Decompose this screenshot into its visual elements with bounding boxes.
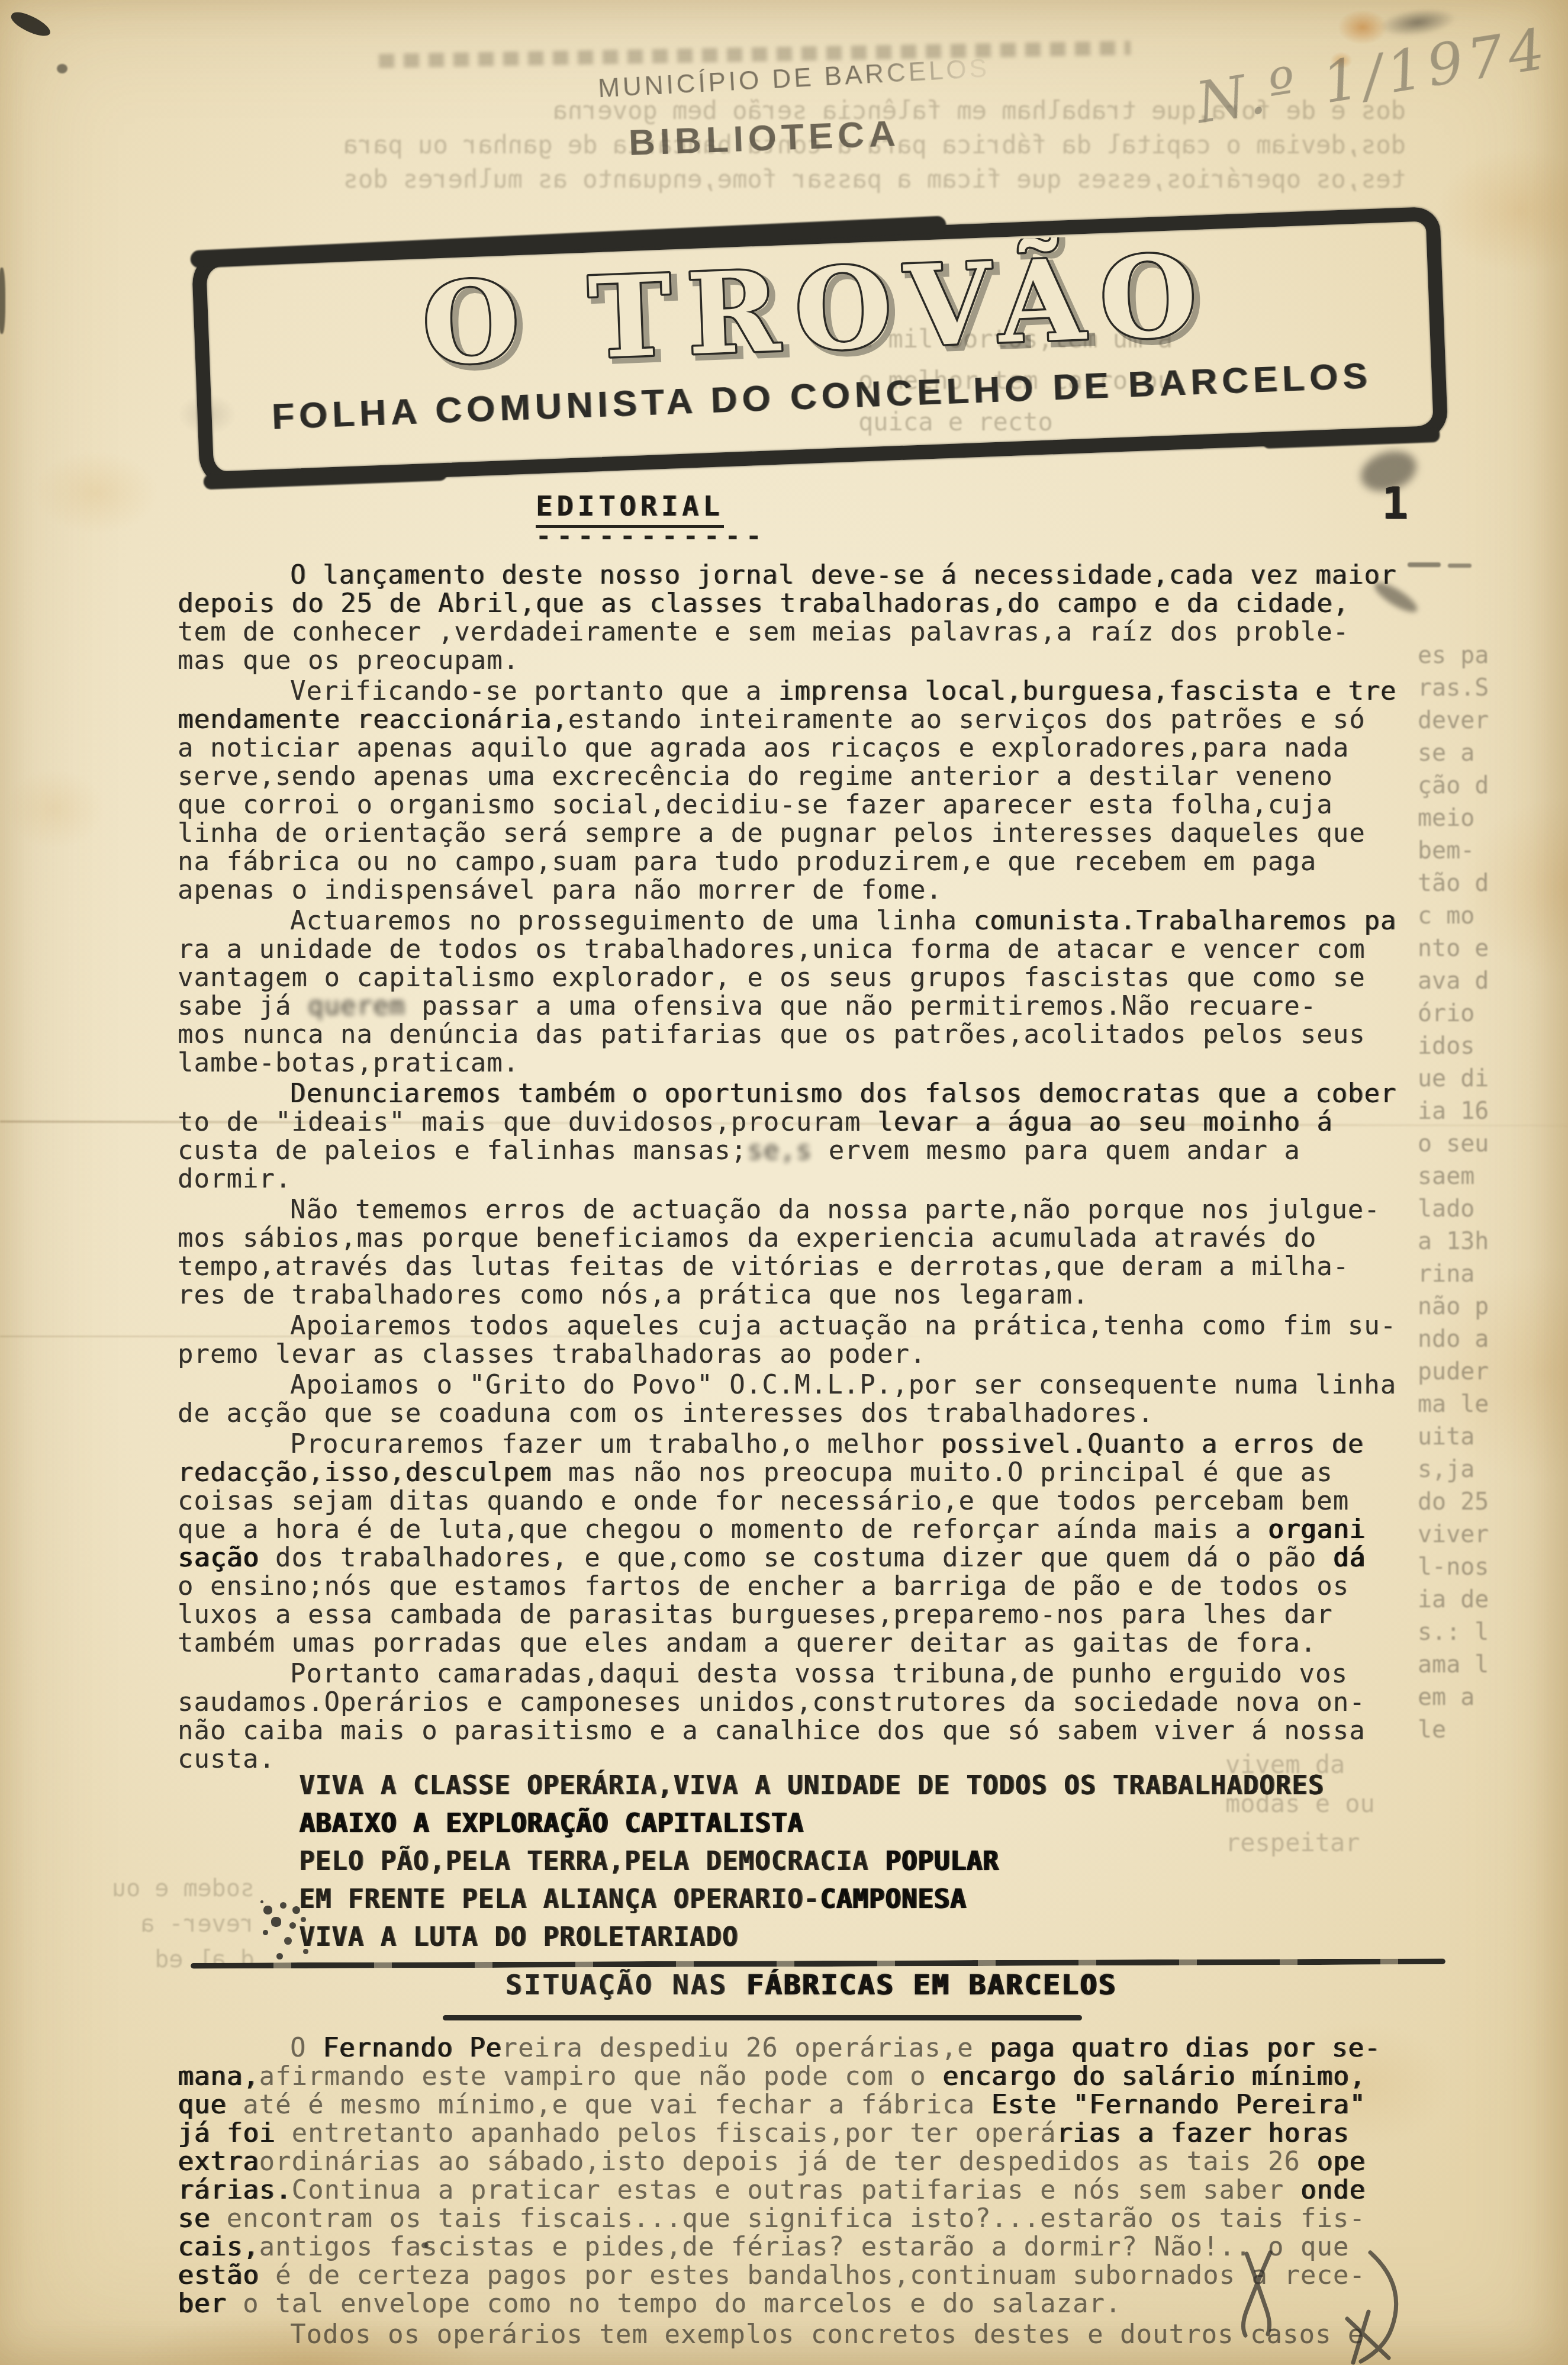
editorial-heading-block: EDITORIAL -----------	[536, 493, 767, 551]
text-segment: ber	[178, 2289, 243, 2319]
text-segment: também umas porradas que eles andam a qu…	[178, 1628, 1316, 1658]
text-segment: custa de paleios e falinhas mansas;	[178, 1135, 747, 1166]
text-segment: luxos a essa cambada de parasitas burgue…	[178, 1600, 1333, 1630]
typewritten-line: tem de conhecer ,verdadeiramente e sem m…	[178, 618, 1444, 646]
typewritten-line: Apoiaremos todos aqueles cuja actuação n…	[178, 1312, 1444, 1340]
typewritten-line: mas que os preocupam.	[178, 646, 1444, 675]
text-segment: coisas sejam ditas quando e onde for nec…	[178, 1486, 1349, 1516]
typewritten-line: tempo,através das lutas feitas de vitóri…	[178, 1253, 1444, 1281]
text-segment: dá	[1333, 1543, 1366, 1573]
typewritten-line: mos sábios,mas porque beneficiamos da ex…	[178, 1224, 1444, 1253]
text-segment: na fábrica ou no campo,suam para tudo pr…	[178, 847, 1316, 877]
typewritten-line: extraordinárias ao sábado,isto depois já…	[178, 2148, 1444, 2176]
paragraph: Apoiamos o "Grito do Povo" O.C.M.L.P.,po…	[178, 1371, 1444, 1428]
text-segment: PELO PÃO,PELA TERRA,PELA DEMOCRACIA	[299, 1846, 885, 1877]
text-segment: Não tememos erros de actuação da nossa p…	[290, 1195, 1380, 1225]
text-segment: ordinárias ao sábado,isto depois já de t…	[259, 2147, 1316, 2177]
typewritten-line: VIVA A CLASSE OPERÁRIA,VIVA A UNIDADE DE…	[178, 1767, 1324, 1805]
text-segment: depois do 25 de Abril,que as classes tra…	[178, 588, 1349, 619]
typewritten-line: vantagem o capitalismo explorador, e os …	[178, 964, 1444, 992]
text-segment: passar a uma ofensiva que não permitirem…	[405, 991, 1316, 1021]
masthead-box: O TROVÃO O TROVÃO FOLHA COMUNISTA DO CON…	[191, 207, 1448, 487]
typewritten-line: mana,afirmando este vampiro que não pode…	[178, 2062, 1444, 2091]
paragraph: Actuaremos no prosseguimento de uma linh…	[178, 907, 1444, 1077]
text-segment: VIVA A LUTA DO PROLETARIADO	[299, 1922, 738, 1952]
corner-ink-mark	[8, 8, 53, 40]
text-segment: estão	[178, 2260, 275, 2290]
text-segment: paga quatro dias por se-	[990, 2033, 1380, 2063]
typewritten-line: O lançamento deste nosso jornal deve-se …	[178, 561, 1444, 590]
text-segment: Denunciaremos também o oportunismo dos f…	[290, 1079, 1396, 1109]
text-segment: to de "ideais" mais que duvidosos,procur…	[178, 1107, 877, 1137]
page-number: 1	[1382, 478, 1408, 529]
typewritten-line: O Fernando Pereira despediu 26 operárias…	[178, 2034, 1444, 2062]
text-segment: que	[178, 2090, 243, 2120]
text-segment: cais,	[178, 2232, 259, 2262]
horizontal-rule	[191, 1958, 1445, 1968]
text-segment: afirmando este vampiro que não pode com …	[259, 2061, 942, 2092]
text-segment: lambe-botas,praticam.	[178, 1048, 519, 1078]
text-segment: possivel.Quanto a erros de	[941, 1429, 1364, 1459]
text-segment: ra a unidade de todos os trabalhadores,u…	[178, 934, 1366, 964]
text-segment: a noticiar apenas aquilo que agrada aos …	[178, 733, 1349, 763]
text-segment: comunista.Trabalharemos pa	[974, 906, 1397, 936]
text-segment: Fernando Pe	[323, 2033, 501, 2063]
text-segment: ervem mesmo para quem andar a	[812, 1135, 1300, 1166]
text-segment: se,s	[747, 1135, 812, 1166]
text-segment: linha de orientação será sempre a de pug…	[178, 818, 1366, 848]
handwritten-issue-number: N.º 1/1974	[1192, 15, 1554, 137]
horizontal-rule	[443, 2015, 1082, 2020]
typewritten-line: luxos a essa cambada de parasitas burgue…	[178, 1601, 1444, 1629]
typewritten-line: ra a unidade de todos os trabalhadores,u…	[178, 935, 1444, 964]
paragraph: VIVA A CLASSE OPERÁRIA,VIVA A UNIDADE DE…	[178, 1767, 1324, 1957]
masthead-border-segment	[1262, 427, 1440, 449]
text-segment: que a hora é de luta,que chegou o moment…	[178, 1514, 1268, 1545]
text-segment: O lançamento deste nosso jornal deve-se …	[290, 560, 1396, 590]
text-segment: dormir.	[178, 1164, 291, 1194]
text-segment: CAMPONESA	[820, 1884, 966, 1914]
text-segment: EM FRENTE PELA ALIANÇA OPERARIO-	[299, 1884, 820, 1914]
library-stamp: BIBLIOTECA	[628, 112, 901, 164]
heading-text: SITUAÇÃO NAS	[506, 1969, 746, 2002]
typewritten-line: já foi entretanto apanhado pelos fiscais…	[178, 2119, 1444, 2148]
typewritten-line: na fábrica ou no campo,suam para tudo pr…	[178, 848, 1444, 876]
text-segment: apenas o indispensável para não morrer d…	[178, 875, 942, 905]
typewritten-line: rárias.Continua a praticar estas e outra…	[178, 2176, 1444, 2205]
hammer-sickle-doodle	[1190, 2247, 1498, 2365]
typewritten-line: ABAIXO A EXPLORAÇÃO CAPITALISTA	[178, 1805, 1324, 1843]
text-segment: que corroi o organismo social,decidiu-se…	[178, 790, 1333, 820]
text-segment: redacção,isso,desculpem	[178, 1457, 552, 1488]
text-segment: extra	[178, 2147, 259, 2177]
text-segment: mas não nos preocupa muito.O principal é…	[552, 1457, 1333, 1488]
factories-section-heading: SITUAÇÃO NAS FÁBRICAS EM BARCELOS	[178, 1971, 1444, 2000]
text-segment: saudamos.Operários e camponeses unidos,c…	[178, 1687, 1366, 1717]
typewritten-line: premo levar as classes trabalhadoras ao …	[178, 1340, 1444, 1369]
typewritten-line: PELO PÃO,PELA TERRA,PELA DEMOCRACIA POPU…	[178, 1843, 1324, 1881]
typewritten-line: depois do 25 de Abril,que as classes tra…	[178, 590, 1444, 618]
text-segment: sabe já	[178, 991, 308, 1021]
text-segment: premo levar as classes trabalhadoras ao …	[178, 1339, 926, 1369]
typewritten-line: sabe já querem passar a uma ofensiva que…	[178, 992, 1444, 1021]
paragraph: Não tememos erros de actuação da nossa p…	[178, 1196, 1444, 1309]
text-segment: ope	[1316, 2147, 1365, 2177]
text-segment: O	[290, 2033, 323, 2063]
corner-ink-dot	[57, 64, 67, 73]
typewritten-line: coisas sejam ditas quando e onde for nec…	[178, 1487, 1444, 1515]
text-segment: imprensa local,burguesa,fascista e tre	[778, 676, 1397, 706]
editorial-heading-dashes: -----------	[536, 523, 767, 551]
typewritten-line: mendamente reaccionária,estando inteiram…	[178, 706, 1444, 734]
text-segment: rárias.	[178, 2175, 291, 2205]
text-segment: o tal envelope como no tempo do marcelos…	[243, 2289, 1121, 2319]
typewritten-line: VIVA A LUTA DO PROLETARIADO	[178, 1919, 1324, 1957]
text-segment: levar a água ao seu moinho á	[877, 1107, 1333, 1137]
typewritten-line: res de trabalhadores como nós,a prática …	[178, 1281, 1444, 1309]
text-segment: até é mesmo mínimo,e que vai fechar a fá…	[243, 2090, 991, 2120]
editorial-body: O lançamento deste nosso jornal deve-se …	[178, 561, 1444, 1776]
text-segment: de acção que se coaduna com os interesse…	[178, 1398, 1154, 1428]
text-segment: mana,	[178, 2061, 259, 2092]
paragraph: Apoiaremos todos aqueles cuja actuação n…	[178, 1312, 1444, 1369]
faded-stamp-band	[379, 41, 1131, 68]
typewritten-line: a noticiar apenas aquilo que agrada aos …	[178, 734, 1444, 762]
typewritten-line: Procuraremos fazer um trabalho,o melhor …	[178, 1430, 1444, 1459]
text-segment: Continua a praticar estas e outras patif…	[291, 2175, 1300, 2205]
slogans-block: VIVA A CLASSE OPERÁRIA,VIVA A UNIDADE DE…	[178, 1767, 1324, 1959]
typewritten-line: linha de orientação será sempre a de pug…	[178, 819, 1444, 848]
paragraph: Verificando-se portanto que a imprensa l…	[178, 677, 1444, 905]
typewritten-line: serve,sendo apenas uma excrecência do re…	[178, 762, 1444, 791]
text-segment: mendamente reaccionária,	[178, 704, 568, 735]
text-segment: estando inteiramente ao serviços dos pat…	[568, 704, 1366, 735]
typewritten-line: de acção que se coaduna com os interesse…	[178, 1399, 1444, 1428]
heading-text-emphasis: FÁBRICAS EM BARCELOS	[746, 1969, 1116, 2002]
text-segment: res de trabalhadores como nós,a prática …	[178, 1280, 1089, 1310]
typewritten-line: Verificando-se portanto que a imprensa l…	[178, 677, 1444, 706]
text-segment: dos trabalhadores, e que,como se costuma…	[259, 1543, 1332, 1573]
typewritten-line: que até é mesmo mínimo,e que vai fechar …	[178, 2091, 1444, 2119]
text-segment: Verificando-se portanto que a	[290, 676, 778, 706]
text-segment: VIVA A CLASSE OPERÁRIA,VIVA A UNIDADE DE…	[299, 1771, 1324, 1801]
typewritten-line: se encontram os tais fiscais...que signi…	[178, 2205, 1444, 2233]
typewritten-line: custa de paleios e falinhas mansas;se,s …	[178, 1137, 1444, 1165]
text-segment: Actuaremos no prosseguimento de uma linh…	[290, 906, 974, 936]
typewritten-line: Apoiamos o "Grito do Povo" O.C.M.L.P.,po…	[178, 1371, 1444, 1399]
text-segment: entretanto apanhado pelos fiscais,por te…	[291, 2118, 1056, 2148]
text-segment: serve,sendo apenas uma excrecência do re…	[178, 761, 1333, 791]
typewritten-line: mos nunca na denúncia das patifarias que…	[178, 1021, 1444, 1049]
typewritten-line: to de "ideais" mais que duvidosos,procur…	[178, 1108, 1444, 1137]
text-segment: se	[178, 2203, 226, 2234]
typewritten-line: que corroi o organismo social,decidiu-se…	[178, 791, 1444, 819]
paragraph: O lançamento deste nosso jornal deve-se …	[178, 561, 1444, 675]
edge-ink-mark	[0, 268, 5, 334]
text-segment: Portanto camaradas,daqui desta vossa tri…	[290, 1659, 1348, 1689]
typewritten-line: Portanto camaradas,daqui desta vossa tri…	[178, 1660, 1444, 1688]
scanned-newsletter-page: dos e de fora,que trabalham em falência …	[0, 0, 1568, 2365]
text-segment: organi	[1268, 1514, 1366, 1545]
text-segment: onde	[1300, 2175, 1366, 2205]
typewritten-line: EM FRENTE PELA ALIANÇA OPERARIO-CAMPONES…	[178, 1881, 1324, 1919]
typewritten-line: lambe-botas,praticam.	[178, 1049, 1444, 1077]
text-segment: Apoiaremos todos aqueles cuja actuação n…	[290, 1311, 1396, 1341]
typewritten-line: o ensino;nós que estamos fartos de enche…	[178, 1572, 1444, 1601]
text-segment: não caiba mais o parasitismo e a canalhi…	[178, 1716, 1366, 1746]
typewritten-line: também umas porradas que eles andam a qu…	[178, 1629, 1444, 1658]
text-segment: reira despediu 26 operárias,e	[501, 2033, 990, 2063]
paragraph: Denunciaremos também o oportunismo dos f…	[178, 1080, 1444, 1193]
typewritten-line: dormir.	[178, 1165, 1444, 1193]
typewritten-line: redacção,isso,desculpem mas não nos preo…	[178, 1459, 1444, 1487]
text-segment: tem de conhecer ,verdadeiramente e sem m…	[178, 617, 1349, 647]
text-segment: já foi	[178, 2118, 291, 2148]
typewritten-line: Não tememos erros de actuação da nossa p…	[178, 1196, 1444, 1224]
typewritten-line: apenas o indispensável para não morrer d…	[178, 876, 1444, 905]
text-segment: querem	[308, 991, 405, 1021]
text-segment: sação	[178, 1543, 259, 1573]
text-segment: ABAIXO A EXPLORAÇÃO CAPITALISTA	[299, 1809, 803, 1839]
text-segment: POPULAR	[885, 1846, 999, 1877]
text-segment: mas que os preocupam.	[178, 645, 519, 675]
ink-dash	[1448, 564, 1472, 568]
text-segment: Este "Fernando Pereira"	[991, 2090, 1366, 2120]
text-segment: mos sábios,mas porque beneficiamos da ex…	[178, 1223, 1316, 1253]
paragraph: Procuraremos fazer um trabalho,o melhor …	[178, 1430, 1444, 1658]
typewritten-line: sação dos trabalhadores, e que,como se c…	[178, 1544, 1444, 1572]
typewritten-line: Denunciaremos também o oportunismo dos f…	[178, 1080, 1444, 1108]
text-segment: mos nunca na denúncia das patifarias que…	[178, 1019, 1366, 1050]
text-segment: tempo,através das lutas feitas de vitóri…	[178, 1251, 1349, 1282]
typewritten-line: não caiba mais o parasitismo e a canalhi…	[178, 1717, 1444, 1745]
text-segment: Procuraremos fazer um trabalho,o melhor	[290, 1429, 941, 1459]
text-segment: antigos fascistas e pides,de férias? est…	[259, 2232, 1349, 2262]
text-segment: encontram os tais fiscais...que signific…	[226, 2203, 1365, 2234]
text-segment: Apoiamos o "Grito do Povo" O.C.M.L.P.,po…	[290, 1370, 1396, 1400]
typewritten-line: Actuaremos no prosseguimento de uma linh…	[178, 907, 1444, 935]
text-segment: rias a fazer horas	[1056, 2118, 1349, 2148]
text-segment: vantagem o capitalismo explorador, e os …	[178, 963, 1366, 993]
text-segment: o ensino;nós que estamos fartos de enche…	[178, 1571, 1349, 1601]
typewritten-line: saudamos.Operários e camponeses unidos,c…	[178, 1688, 1444, 1717]
text-segment: encargo do salário mínimo,	[942, 2061, 1366, 2092]
typewritten-line: que a hora é de luta,que chegou o moment…	[178, 1515, 1444, 1544]
paragraph: Portanto camaradas,daqui desta vossa tri…	[178, 1660, 1444, 1774]
